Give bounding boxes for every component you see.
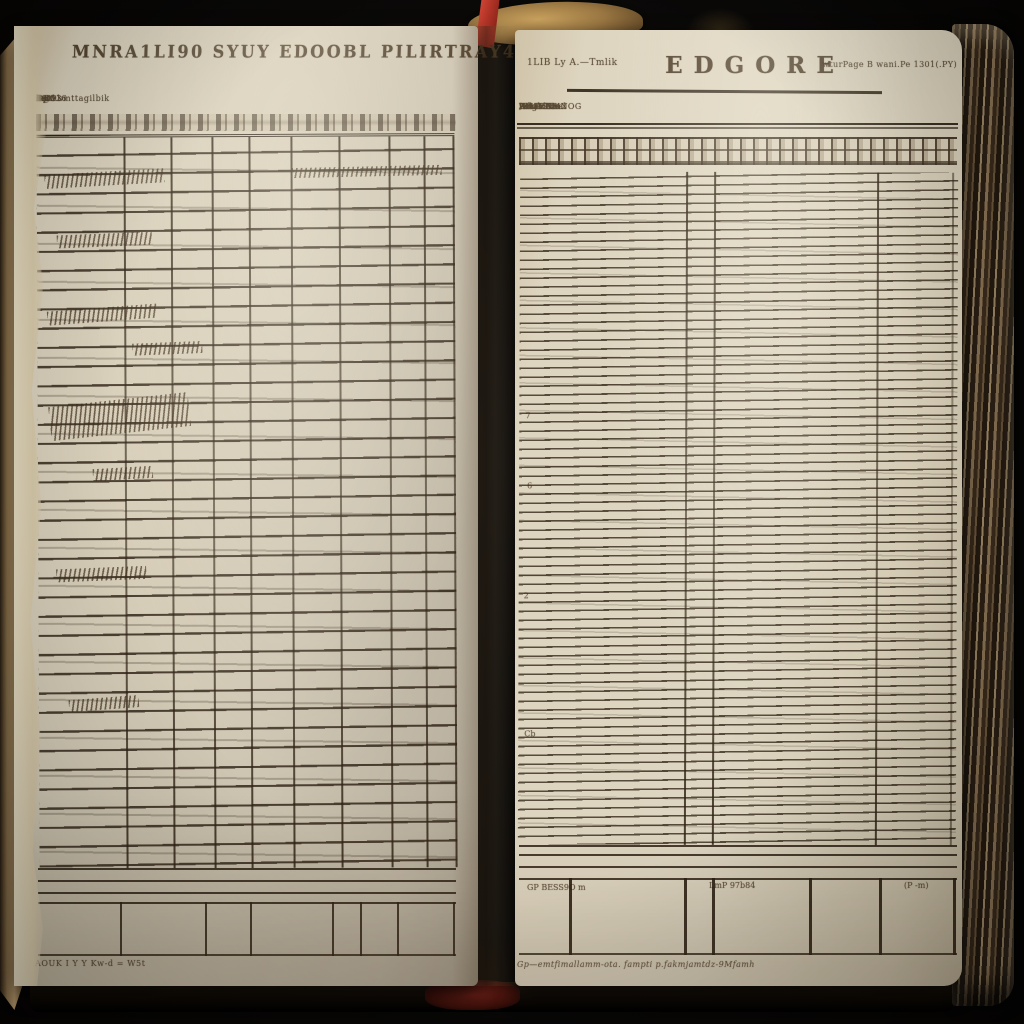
right-ledger-grid: 7 6 2 Cb: [518, 171, 958, 846]
column-divider: [250, 902, 252, 956]
column-divider: [569, 878, 572, 955]
scribble-entry: [47, 304, 158, 326]
rule-line: [38, 868, 456, 870]
column-divider: [875, 172, 879, 845]
title-underline: [567, 89, 882, 94]
table-top-rule: [517, 123, 958, 129]
margin-mark: 7: [525, 411, 530, 420]
column-divider: [684, 172, 688, 845]
column-divider: [712, 172, 716, 845]
right-top-right-text: wturPage B wani.Pe 1301(.PY): [815, 60, 957, 69]
column-divider: [332, 902, 334, 956]
left-page-title: MNRA1LI90 SYUY EDOOBL PILIRTRAY4S: [72, 41, 453, 62]
column-divider: [712, 878, 715, 955]
scribble-entry: [57, 232, 152, 249]
column-divider: [123, 138, 128, 869]
right-header-cell: SPW.dStn: [519, 102, 561, 111]
column-divider: [211, 137, 216, 868]
margin-mark: Cb: [524, 729, 535, 738]
right-top-left-text: 1LIB Ly A.—Tmlik: [527, 58, 618, 68]
column-divider: [423, 136, 428, 867]
rule-line: [519, 866, 957, 868]
column-divider: [388, 136, 393, 867]
column-divider: [338, 137, 343, 868]
margin-mark: 6: [527, 481, 532, 490]
column-divider: [397, 902, 399, 956]
left-page-footnote: b;AOUK I Y Y Kw-d = W5t: [26, 959, 146, 968]
margin-mark: 2: [524, 591, 529, 600]
left-ledger-grid: [36, 133, 457, 869]
summary-annotation: LmP 97b84: [709, 881, 755, 890]
column-divider: [452, 136, 457, 867]
column-divider: [950, 173, 954, 846]
summary-annotation: (P -m): [904, 881, 928, 890]
left-page: MNRA1LI90 SYUY EDOOBL PILIRTRAY4S I-pt-.…: [14, 26, 478, 986]
rule-line: [38, 902, 456, 904]
ledger-book-photo: MNRA1LI90 SYUY EDOOBL PILIRTRAY4S I-pt-.…: [0, 0, 1024, 1024]
rule-line: [38, 892, 456, 894]
rule-line: [38, 954, 456, 956]
column-divider: [120, 902, 122, 956]
column-divider: [879, 878, 882, 955]
rule-line: [519, 953, 957, 955]
rule-line: [519, 854, 957, 856]
right-page: 1LIB Ly A.—Tmlik EDGORE wturPage B wani.…: [515, 30, 962, 986]
column-divider: [205, 902, 207, 956]
rule-line: [38, 880, 456, 882]
rule-line: [519, 845, 957, 847]
summary-annotation: GP BESS9O m: [527, 883, 586, 892]
column-divider: [953, 878, 956, 955]
scribble-entry: [44, 168, 165, 189]
column-divider: [453, 902, 455, 956]
scribble-entry: [48, 392, 191, 441]
scribble-entry: [132, 341, 202, 356]
scribble-entry: [56, 566, 146, 583]
column-divider: [809, 878, 812, 955]
right-page-footnote: Gp—emtfimallamm-ota. fampti p.fakmjamtdz…: [517, 960, 755, 969]
column-divider: [290, 137, 295, 868]
scribble-entry: [69, 695, 140, 712]
left-summary-section: [38, 868, 456, 960]
column-divider: [684, 878, 687, 955]
stamp-box-band: [519, 137, 957, 165]
column-divider: [248, 137, 253, 868]
rule-line: [519, 878, 957, 880]
right-summary-section: GP BESS9O m LmP 97b84 (P -m): [519, 845, 957, 963]
scribble-entry: [93, 466, 154, 481]
column-divider: [170, 137, 175, 868]
scribble-entry: [291, 165, 441, 178]
handwriting-band: [36, 114, 456, 131]
column-divider: [360, 902, 362, 956]
